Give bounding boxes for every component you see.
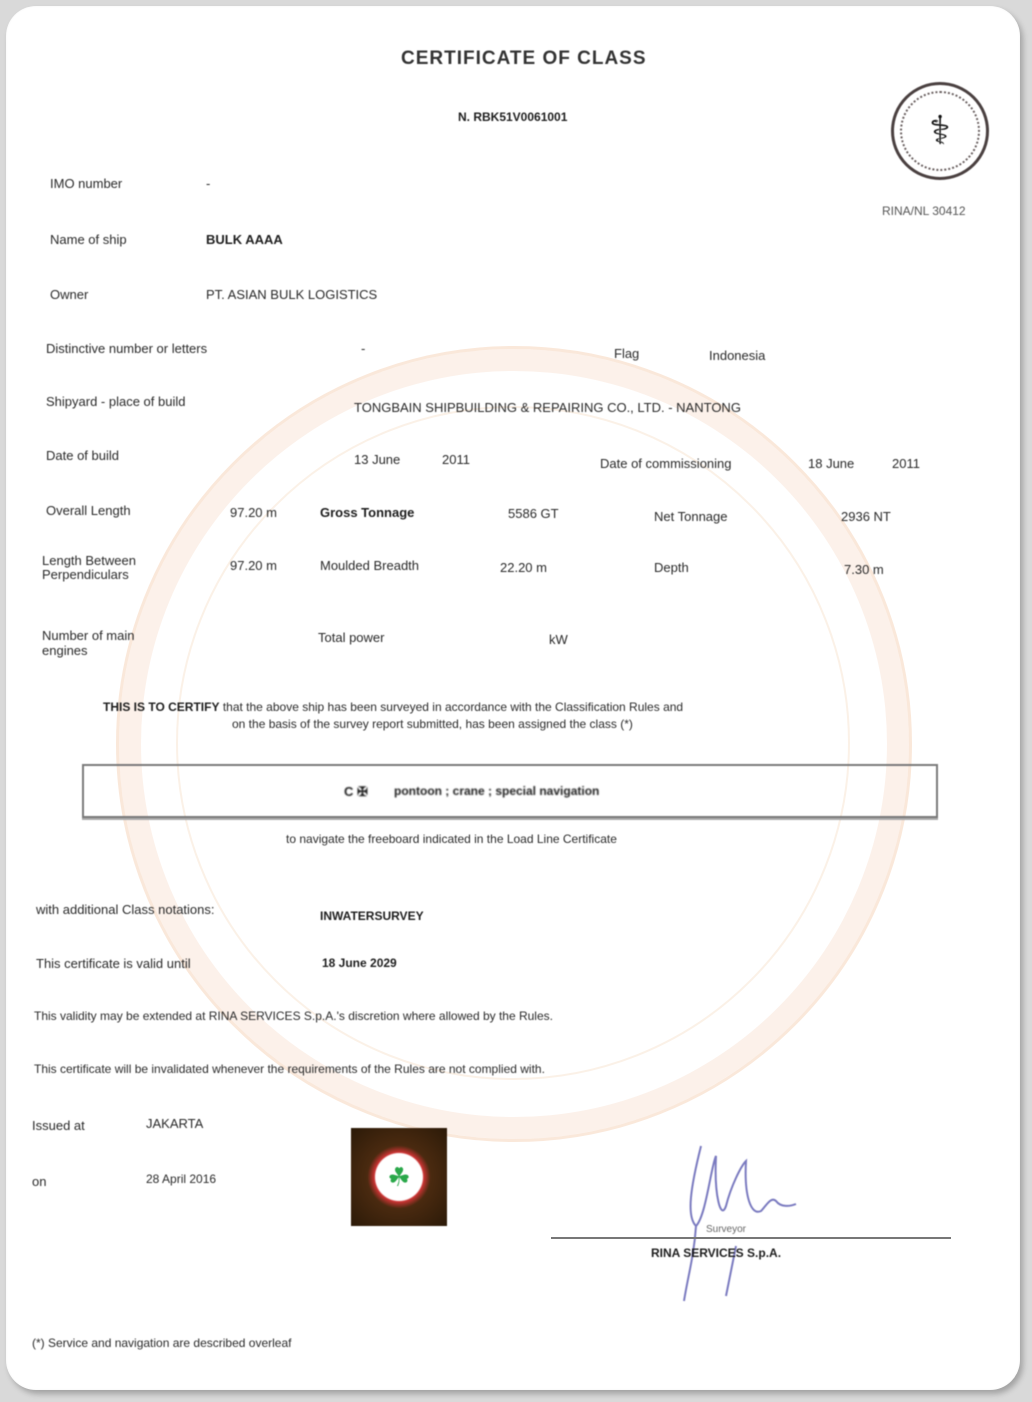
- net-tonnage-label: Net Tonnage: [654, 509, 728, 524]
- depth-value: 7.30 m: [844, 562, 884, 577]
- date-of-build-day: 13 June: [354, 452, 400, 467]
- total-power-unit: kW: [549, 632, 568, 647]
- depth-label: Depth: [654, 560, 689, 575]
- valid-until-value: 18 June 2029: [322, 956, 397, 970]
- emblem-caption: RINA/NL 30412: [882, 204, 966, 218]
- moulded-breadth-label: Moulded Breadth: [320, 558, 419, 573]
- freeboard-text: to navigate the freeboard indicated in t…: [286, 832, 617, 846]
- certify-bold: THIS IS TO CERTIFY: [103, 700, 219, 714]
- signatory-name: Surveyor: [706, 1224, 746, 1235]
- class-notation-text: pontoon ; crane ; special navigation: [394, 784, 599, 798]
- certify-line-1: THIS IS TO CERTIFY that the above ship h…: [103, 700, 683, 714]
- signatory-org: RINA SERVICES S.p.A.: [651, 1246, 781, 1260]
- date-of-commissioning-label: Date of commissioning: [600, 456, 732, 471]
- main-engines-label: Number of main engines: [42, 628, 182, 658]
- signature-line: [551, 1237, 951, 1239]
- flag-label: Flag: [614, 346, 639, 361]
- date-of-commissioning-day: 18 June: [808, 456, 854, 471]
- valid-until-label: This certificate is valid until: [36, 956, 191, 971]
- issued-at-value: JAKARTA: [146, 1116, 203, 1131]
- class-symbol: C ✠: [344, 784, 368, 800]
- net-tonnage-value: 2936 NT: [841, 509, 891, 524]
- moulded-breadth-value: 22.20 m: [500, 560, 547, 575]
- distinctive-number-value: -: [361, 341, 365, 356]
- certificate-page: CERTIFICATE OF CLASS N. RBK51V0061001 ⚕ …: [6, 6, 1020, 1390]
- certify-text-1: that the above ship has been surveyed in…: [223, 700, 683, 714]
- gross-tonnage-label: Gross Tonnage: [320, 505, 414, 520]
- certificate-number: N. RBK51V0061001: [458, 110, 567, 124]
- certify-line-2: on the basis of the survey report submit…: [232, 717, 633, 731]
- shipyard-label: Shipyard - place of build: [46, 394, 185, 409]
- hologram-seal-icon: ☘: [351, 1128, 447, 1226]
- footnote: (*) Service and navigation are described…: [32, 1336, 291, 1350]
- additional-notation-label: with additional Class notations:: [36, 902, 215, 917]
- owner-label: Owner: [50, 287, 88, 302]
- date-of-commissioning-year: 2011: [892, 456, 920, 471]
- flag-value: Indonesia: [709, 348, 765, 363]
- overall-length-label: Overall Length: [46, 503, 131, 518]
- issued-at-label: Issued at: [32, 1118, 85, 1133]
- total-power-label: Total power: [318, 630, 384, 645]
- validity-note: This validity may be extended at RINA SE…: [34, 1009, 553, 1023]
- signature-icon: [666, 1126, 816, 1306]
- issued-on-label: on: [32, 1174, 46, 1189]
- classification-society-emblem-icon: ⚕: [891, 82, 989, 180]
- lbp-label: Length Between Perpendiculars: [42, 554, 182, 582]
- shipyard-value: TONGBAIN SHIPBUILDING & REPAIRING CO., L…: [354, 400, 741, 415]
- date-of-build-year: 2011: [442, 452, 470, 467]
- lbp-value: 97.20 m: [230, 558, 277, 573]
- imo-number-label: IMO number: [50, 176, 122, 191]
- date-of-build-label: Date of build: [46, 448, 119, 463]
- name-of-ship-label: Name of ship: [50, 232, 127, 247]
- distinctive-number-label: Distinctive number or letters: [46, 341, 207, 356]
- gross-tonnage-value: 5586 GT: [508, 506, 559, 521]
- class-notation-box: C ✠ pontoon ; crane ; special navigation: [82, 764, 938, 818]
- name-of-ship-value: BULK AAAA: [206, 232, 283, 247]
- invalidity-note: This certificate will be invalidated whe…: [34, 1062, 545, 1076]
- imo-number-value: -: [206, 176, 210, 191]
- issued-on-value: 28 April 2016: [146, 1172, 216, 1186]
- additional-notation-value: INWATERSURVEY: [320, 909, 424, 923]
- overall-length-value: 97.20 m: [230, 505, 277, 520]
- document-title: CERTIFICATE OF CLASS: [401, 48, 647, 70]
- owner-value: PT. ASIAN BULK LOGISTICS: [206, 287, 377, 302]
